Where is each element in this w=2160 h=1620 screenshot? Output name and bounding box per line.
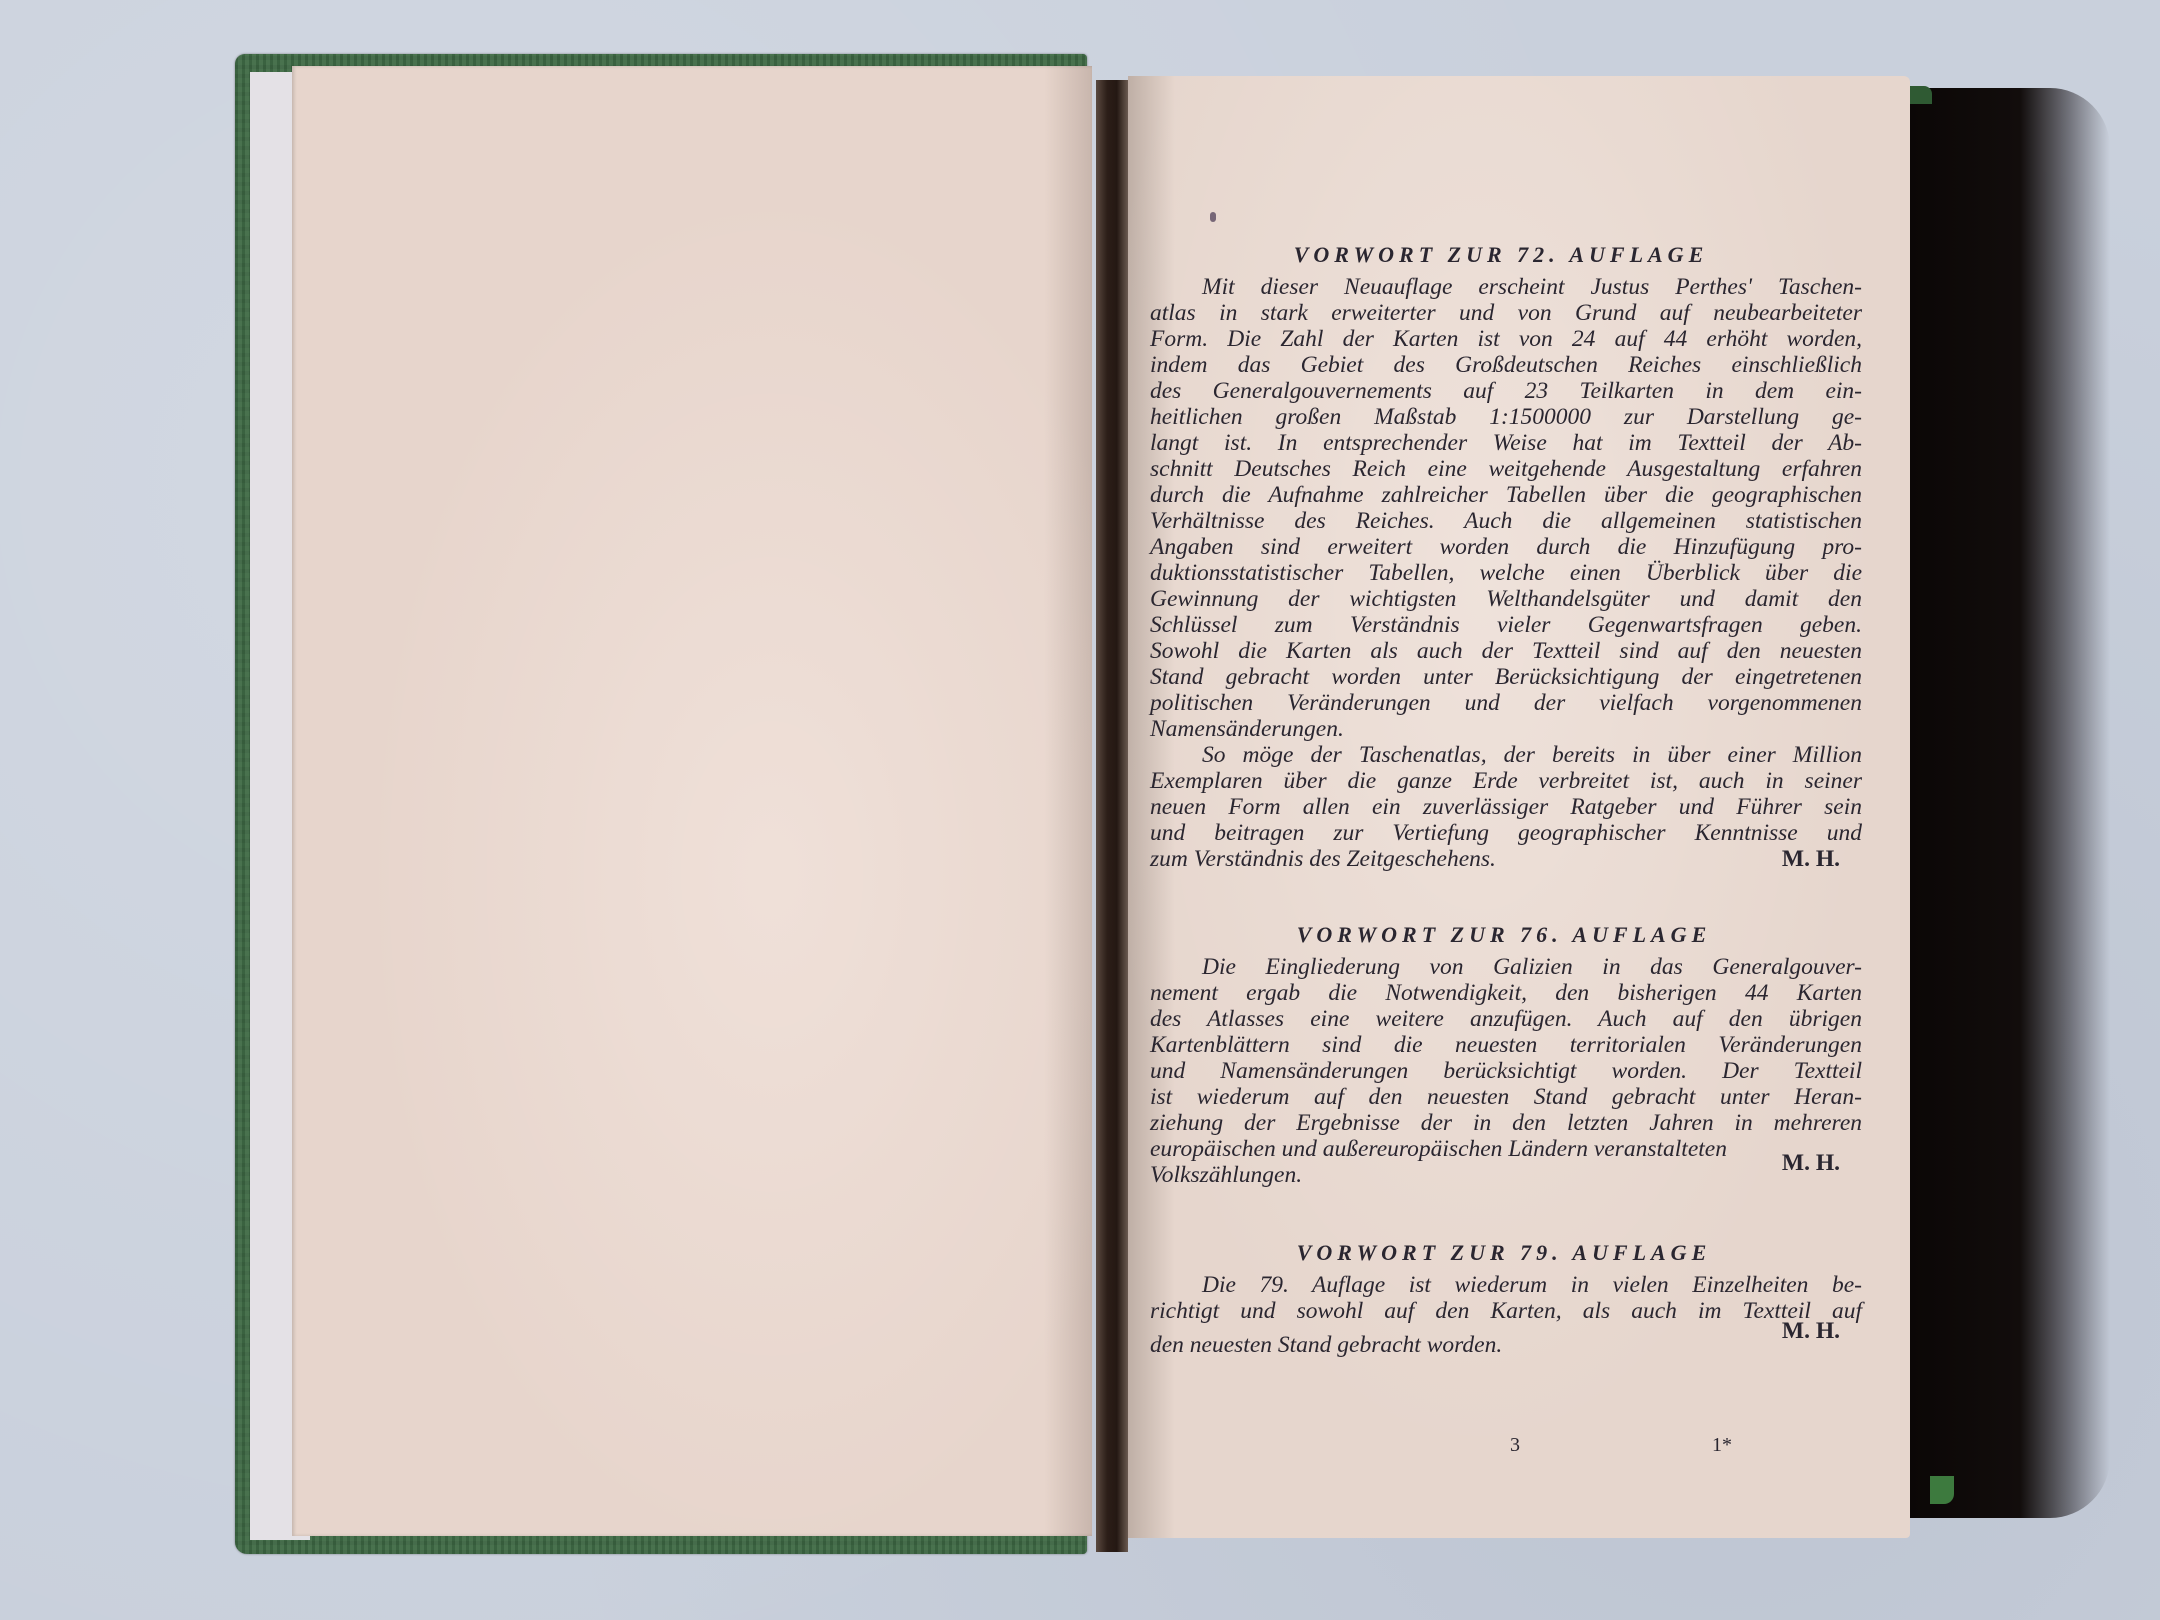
text-line: Sowohl die Karten als auch der Textteil … — [1150, 638, 1862, 664]
author-signature: M. H. — [1782, 1150, 1862, 1176]
left-page-blank — [292, 66, 1092, 1536]
preface-section-72: VORWORT ZUR 72. AUFLAGE Mit dieser Neuau… — [1150, 240, 1862, 872]
author-signature: M. H. — [1782, 846, 1862, 872]
text-line: und beitragen zur Vertiefung geographisc… — [1150, 820, 1862, 846]
text-line: langt ist. In entsprechender Weise hat i… — [1150, 430, 1862, 456]
book-cover-edge-top — [1910, 86, 1932, 104]
text-line: Mit dieser Neuauflage erscheint Justus P… — [1150, 274, 1862, 300]
text-line: duktionsstatistischer Tabellen, welche e… — [1150, 560, 1862, 586]
text-line: neuen Form allen ein zuverlässiger Ratge… — [1150, 794, 1862, 820]
book-cover-edge-bottom — [1930, 1476, 1954, 1504]
text-line: und Namensänderungen berücksichtigt word… — [1150, 1058, 1862, 1084]
text-line: Gewinnung der wichtigsten Welthandelsgüt… — [1150, 586, 1862, 612]
preface-section-79: VORWORT ZUR 79. AUFLAGE Die 79. Auflage … — [1150, 1238, 1862, 1350]
text-line: Namensänderungen. — [1150, 716, 1862, 742]
book-spine-gutter — [1096, 80, 1128, 1552]
text-line: Verhältnisse des Reiches. Auch die allge… — [1150, 508, 1862, 534]
section-body: Mit dieser Neuauflage erscheint Justus P… — [1150, 274, 1862, 872]
text-line: Schlüssel zum Verständnis vieler Gegenwa… — [1150, 612, 1862, 638]
text-line: atlas in stark erweiterter und von Grund… — [1150, 300, 1862, 326]
section-heading: VORWORT ZUR 76. AUFLAGE — [1146, 920, 1862, 950]
text-line: den neuesten Stand gebracht worden. — [1150, 1332, 1502, 1358]
section-body: Die 79. Auflage ist wiederum in vielen E… — [1150, 1272, 1862, 1350]
book-shadow — [1910, 88, 2110, 1518]
text-line-with-signature: europäischen und außereuropäischen Lände… — [1150, 1136, 1862, 1162]
section-heading: VORWORT ZUR 72. AUFLAGE — [1140, 240, 1862, 270]
text-line: durch die Aufnahme zahlreicher Tabellen … — [1150, 482, 1862, 508]
text-line: heitlichen großen Maßstab 1:1500000 zur … — [1150, 404, 1862, 430]
section-body: Die Eingliederung von Galizien in das Ge… — [1150, 954, 1862, 1188]
text-line: So möge der Taschenatlas, der bereits in… — [1150, 742, 1862, 768]
page-footer: 3 1* — [1128, 1434, 1910, 1464]
page-number: 3 — [1510, 1434, 1520, 1457]
printer-signature-mark: 1* — [1712, 1434, 1732, 1457]
text-line: Die 79. Auflage ist wiederum in vielen E… — [1150, 1272, 1862, 1298]
text-line: Kartenblättern sind die neuesten territo… — [1150, 1032, 1862, 1058]
text-line: schnitt Deutsches Reich eine weitgehende… — [1150, 456, 1862, 482]
text-line: Volkszählungen. — [1150, 1162, 1862, 1188]
text-line: Exemplaren über die ganze Erde verbreite… — [1150, 768, 1862, 794]
text-line: europäischen und außereuropäischen Lände… — [1150, 1136, 1727, 1162]
preface-section-76: VORWORT ZUR 76. AUFLAGE Die Eingliederun… — [1150, 920, 1862, 1188]
text-line: politischen Veränderungen und der vielfa… — [1150, 690, 1862, 716]
text-line-with-signature: den neuesten Stand gebracht worden. M. H… — [1150, 1324, 1862, 1350]
text-line: indem das Gebiet des Großdeutschen Reich… — [1150, 352, 1862, 378]
text-line: Stand gebracht worden unter Berücksichti… — [1150, 664, 1862, 690]
text-line-with-signature: zum Verständnis des Zeitgeschehens. M. H… — [1150, 846, 1862, 872]
author-signature: M. H. — [1782, 1318, 1862, 1344]
text-line: ziehung der Ergebnisse der in den letzte… — [1150, 1110, 1862, 1136]
text-line: des Atlasses eine weitere anzufügen. Auc… — [1150, 1006, 1862, 1032]
page-blemish — [1210, 212, 1216, 222]
text-line: richtigt und sowohl auf den Karten, als … — [1150, 1298, 1862, 1324]
text-line: des Generalgouvernements auf 23 Teilkart… — [1150, 378, 1862, 404]
text-line: zum Verständnis des Zeitgeschehens. — [1150, 846, 1496, 872]
text-line: Form. Die Zahl der Karten ist von 24 auf… — [1150, 326, 1862, 352]
section-heading: VORWORT ZUR 79. AUFLAGE — [1146, 1238, 1862, 1268]
text-line: nement ergab die Notwendigkeit, den bish… — [1150, 980, 1862, 1006]
text-line: Angaben sind erweitert worden durch die … — [1150, 534, 1862, 560]
text-line: ist wiederum auf den neuesten Stand gebr… — [1150, 1084, 1862, 1110]
text-line: Die Eingliederung von Galizien in das Ge… — [1150, 954, 1862, 980]
